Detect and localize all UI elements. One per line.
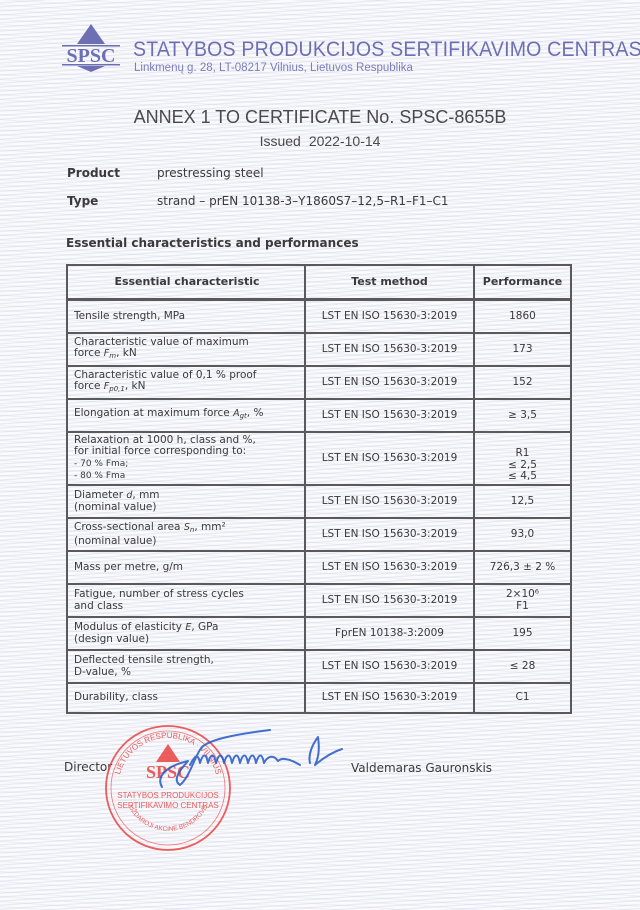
cell-test-method: LST EN ISO 15630-3:2019 [306,584,473,617]
organization-name: STATYBOS PRODUKCIJOS SERTIFIKAVIMO CENTR… [133,38,640,62]
cell-test-method: LST EN ISO 15630-3:2019 [306,551,473,584]
signer-name: Valdemaras Gauronskis [351,761,492,775]
cell-test-method: LST EN ISO 15630-3:2019 [306,333,473,366]
header-performance: Performance [475,266,570,298]
director-signature [150,725,350,800]
header-test-method: Test method [306,266,473,298]
cell-characteristic: Deflected tensile strength,D-value, % [74,650,304,683]
logo-text: SPSC [67,45,116,67]
cell-test-method: LST EN ISO 15630-3:2019 [306,366,473,399]
spsc-logo: SPSC [60,24,122,72]
document-title: ANNEX 1 TO CERTIFICATE No. SPSC-8655B [0,107,640,128]
cell-characteristic: Characteristic value of 0,1 % proofforce… [74,366,304,399]
cell-characteristic: Durability, class [74,683,304,712]
issued-date: 2022-10-14 [309,133,381,149]
issued-line: Issued2022-10-14 [0,133,640,149]
cell-characteristic: Fatigue, number of stress cyclesand clas… [74,584,304,617]
cell-test-method: LST EN ISO 15630-3:2019 [306,518,473,551]
product-value: prestressing steel [157,166,264,180]
cell-characteristic: Modulus of elasticity E, GPa(design valu… [74,617,304,650]
cell-performance: 2×10⁶F1 [475,584,570,617]
cell-performance: R1≤ 2,5≤ 4,5 [475,432,570,485]
cell-performance: 195 [475,617,570,650]
cell-performance: ≥ 3,5 [475,399,570,432]
cell-performance: 1860 [475,300,570,333]
header-characteristic: Essential characteristic [68,266,306,298]
cell-performance: 152 [475,366,570,399]
cell-test-method: LST EN ISO 15630-3:2019 [306,485,473,518]
cell-characteristic: Relaxation at 1000 h, class and %,for in… [74,432,304,485]
section-heading: Essential characteristics and performanc… [66,236,359,250]
cell-test-method: LST EN ISO 15630-3:2019 [306,399,473,432]
cell-performance: ≤ 28 [475,650,570,683]
cell-test-method: FprEN 10138-3:2009 [306,617,473,650]
cell-test-method: LST EN ISO 15630-3:2019 [306,432,473,485]
type-label: Type [67,194,98,208]
cell-performance: 726,3 ± 2 % [475,551,570,584]
characteristics-table: Essential characteristic Test method Per… [66,264,572,714]
cell-characteristic: Tensile strength, MPa [74,300,304,333]
organization-address: Linkmenų g. 28, LT-08217 Vilnius, Lietuv… [134,62,413,74]
issued-label: Issued [260,133,301,149]
cell-performance: 12,5 [475,485,570,518]
cell-test-method: LST EN ISO 15630-3:2019 [306,683,473,712]
cell-characteristic: Elongation at maximum force Agt, % [74,399,304,432]
cell-test-method: LST EN ISO 15630-3:2019 [306,650,473,683]
cell-performance: C1 [475,683,570,712]
type-value: strand – prEN 10138-3–Y1860S7–12,5–R1–F1… [157,194,449,208]
cell-test-method: LST EN ISO 15630-3:2019 [306,300,473,333]
cell-characteristic: Mass per metre, g/m [74,551,304,584]
cell-characteristic: Characteristic value of maximumforce Fm,… [74,333,304,366]
cell-characteristic: Cross-sectional area Sn, mm²(nominal val… [74,518,304,551]
product-label: Product [67,166,120,180]
cell-performance: 173 [475,333,570,366]
cell-characteristic: Diameter d, mm(nominal value) [74,485,304,518]
cell-performance: 93,0 [475,518,570,551]
